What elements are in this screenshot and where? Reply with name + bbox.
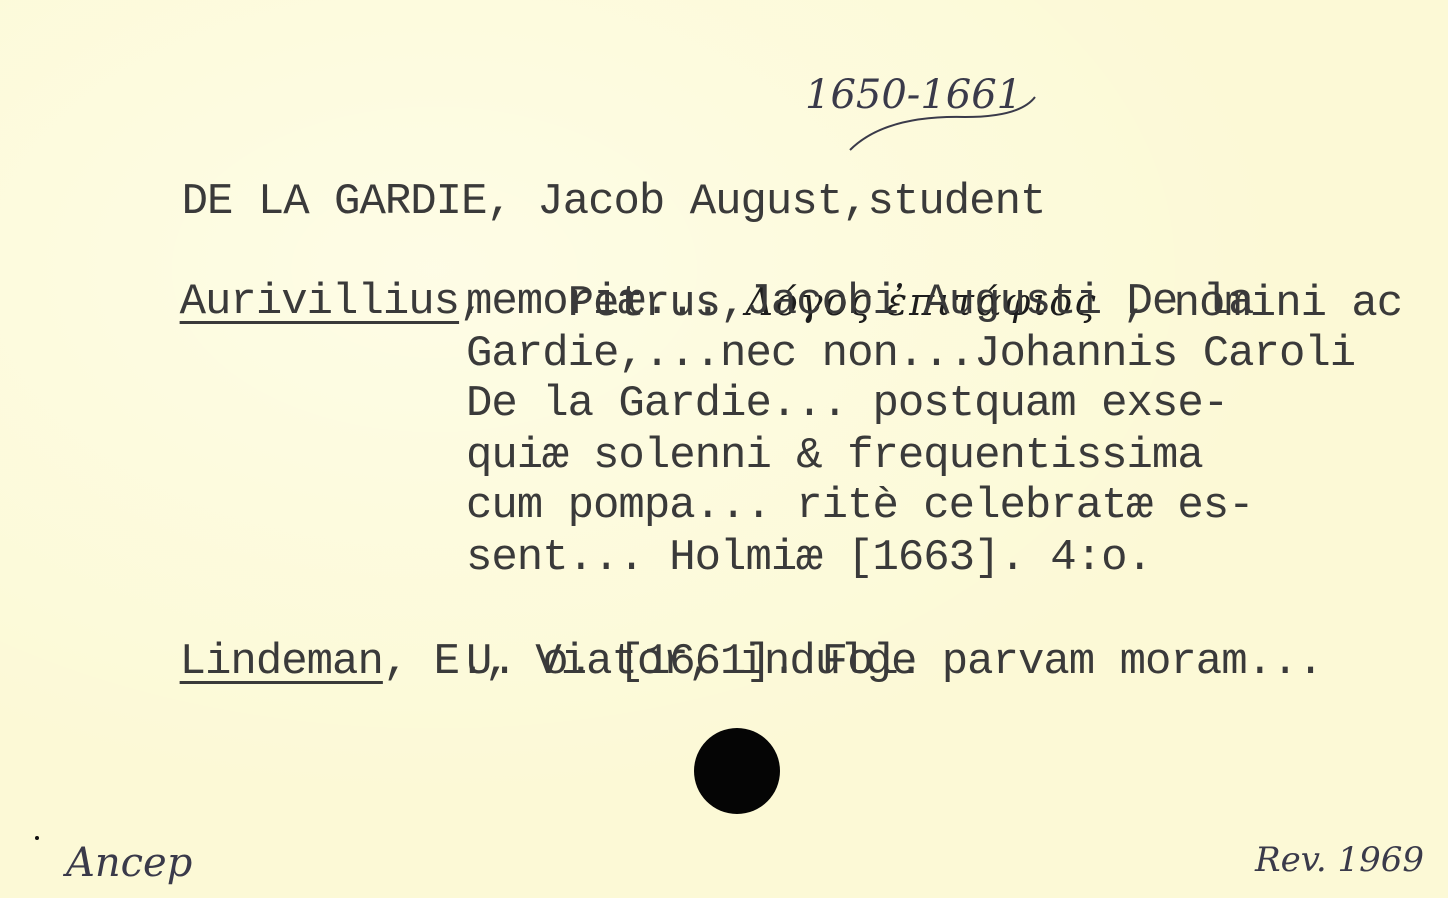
annotation-bottom-right: Rev. 1969 <box>1255 840 1424 880</box>
entry-line: U. o. [1661]. Fol. <box>466 636 923 688</box>
author-name: Lindeman <box>180 637 383 687</box>
heading-comma: , <box>842 177 867 227</box>
entry-line: memoriæ... Jacobi Augusti De la <box>466 276 1254 328</box>
catalog-card: 1650-1661 DE LA GARDIE, Jacob August,stu… <box>0 0 1448 898</box>
punch-hole <box>694 728 780 814</box>
heading-role: student <box>868 177 1046 227</box>
entry-author: Aurivillius, <box>78 224 484 380</box>
annotation-bottom-left: Ancep <box>66 840 192 886</box>
entry-line: sent... Holmiæ [1663]. 4:o. <box>466 532 1152 584</box>
entry-line: Gardie,...nec non...Johannis Caroli <box>466 328 1355 380</box>
entry-line: De la Gardie... postquam exse- <box>466 378 1228 430</box>
ink-dot <box>35 836 39 840</box>
heading-name: DE LA GARDIE, Jacob August <box>182 177 843 227</box>
author-name: Aurivillius <box>180 277 459 327</box>
entry-line: quiæ solenni & frequentissima <box>466 430 1203 482</box>
entry-line: cum pompa... ritè celebratæ es- <box>466 480 1254 532</box>
